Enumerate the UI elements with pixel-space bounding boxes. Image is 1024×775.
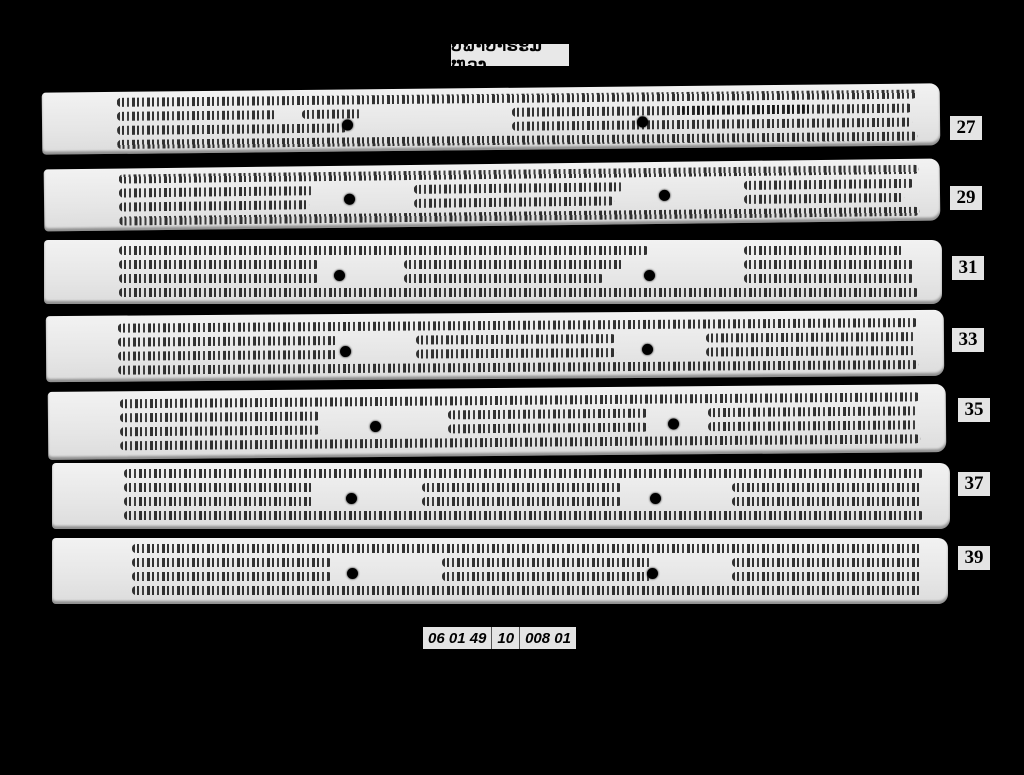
string-hole xyxy=(650,493,661,504)
reference-code-part: 06 01 49 xyxy=(423,627,492,649)
leaf-number-35: 35 xyxy=(958,398,990,422)
string-hole xyxy=(346,493,357,504)
string-hole xyxy=(334,270,345,281)
palm-leaf-27 xyxy=(42,83,941,154)
leaf-number-33: 33 xyxy=(952,328,984,352)
string-hole xyxy=(342,119,353,130)
string-hole xyxy=(370,421,381,432)
palm-leaf-29 xyxy=(44,159,941,232)
string-hole xyxy=(340,346,351,357)
string-hole xyxy=(642,344,653,355)
palm-leaf-35 xyxy=(48,384,947,460)
reference-code-label: 06 01 49 10 008 01 xyxy=(423,627,576,649)
leaf-number-29: 29 xyxy=(950,186,982,210)
leaf-number-39: 39 xyxy=(958,546,990,570)
leaf-number-27: 27 xyxy=(950,116,982,140)
leaf-number-31: 31 xyxy=(952,256,984,280)
string-hole xyxy=(644,270,655,281)
reference-code-part: 10 xyxy=(492,627,520,649)
string-hole xyxy=(344,194,355,205)
string-hole xyxy=(637,116,648,127)
string-hole xyxy=(347,568,358,579)
leaf-number-37: 37 xyxy=(958,472,990,496)
string-hole xyxy=(668,418,679,429)
palm-leaf-37 xyxy=(52,463,950,529)
palm-leaf-33 xyxy=(46,310,944,382)
palm-leaf-31 xyxy=(44,240,942,304)
manuscript-title-label: ປີພາປາຣະມີຫຼວງ xyxy=(451,44,569,66)
string-hole xyxy=(659,190,670,201)
string-hole xyxy=(647,568,658,579)
palm-leaf-39 xyxy=(52,538,948,604)
reference-code-part: 008 01 xyxy=(520,627,576,649)
